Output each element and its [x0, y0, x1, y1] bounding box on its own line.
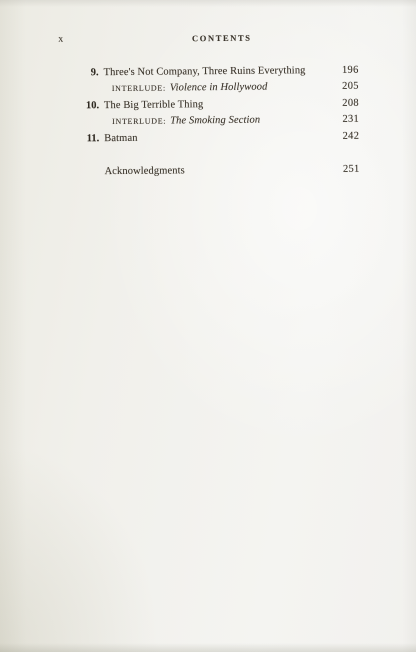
contents-heading: CONTENTS [85, 32, 358, 45]
backmatter-title: Acknowledgments [105, 162, 343, 181]
page-number: 205 [342, 79, 359, 96]
chapter-number: 11. [86, 131, 99, 148]
chapter-number: 9. [86, 65, 99, 82]
page-number: 242 [343, 128, 360, 145]
toc-entry-acknowledgments: Acknowledgments 251 [87, 162, 360, 181]
table-of-contents-page: x CONTENTS 9. Three's Not Company, Three… [0, 0, 416, 302]
page-number: 251 [343, 162, 360, 179]
page-number: 231 [342, 112, 359, 129]
book-page-photo: x CONTENTS 9. Three's Not Company, Three… [0, 0, 416, 652]
interlude-title: The Smoking Section [170, 112, 342, 130]
chapter-number: 10. [86, 98, 99, 115]
interlude-label: INTERLUDE: [112, 114, 166, 131]
toc-entry-chapter-11: 11. Batman 242 [86, 128, 359, 147]
interlude-title: Violence in Hollywood [170, 79, 342, 97]
interlude-label: INTERLUDE: [112, 81, 166, 98]
folio-page-number: x [58, 35, 63, 45]
page-number: 208 [342, 95, 359, 112]
chapter-title: Batman [104, 128, 342, 147]
page-number: 196 [342, 63, 359, 80]
toc-list: 9. Three's Not Company, Three Ruins Ever… [86, 63, 360, 181]
